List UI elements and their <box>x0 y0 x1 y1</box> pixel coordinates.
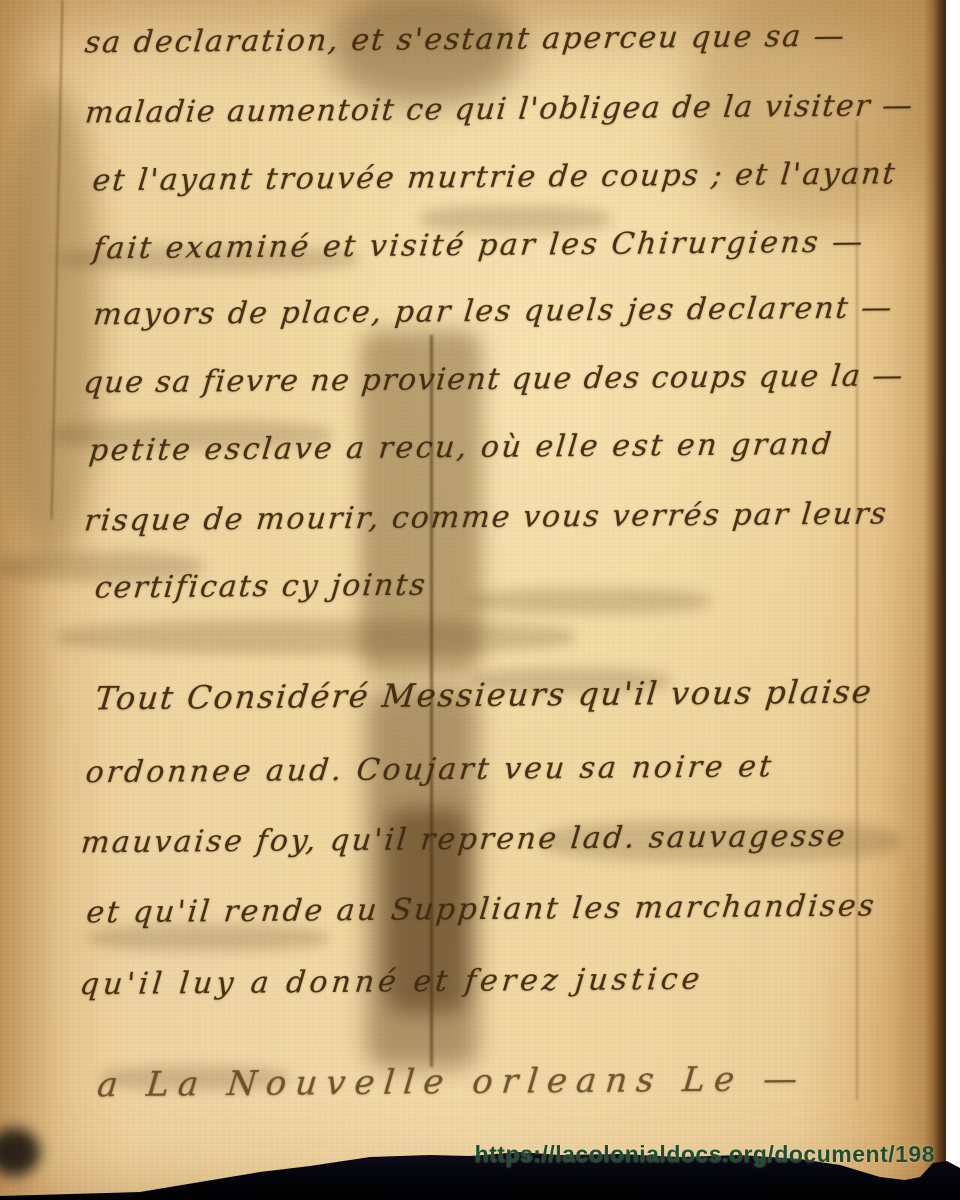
manuscript-line: certificats cy joints <box>93 568 428 606</box>
scanner-background-strip <box>946 0 960 1200</box>
manuscript-line: petite esclave a recu, où elle est en gr… <box>87 427 835 469</box>
manuscript-line: a La Nouvelle orleans Le — <box>95 1059 808 1105</box>
manuscript-line: et l'ayant trouvée murtrie de coups ; et… <box>91 156 898 198</box>
paper-right-edge <box>924 0 946 1200</box>
manuscript-line: ordonnee aud. Coujart veu sa noire et <box>84 749 776 790</box>
manuscript-line: fait examiné et visité par les Chirurgie… <box>91 225 866 267</box>
manuscript-line: que sa fievre ne provient que des coups … <box>82 358 906 400</box>
manuscript-line: Tout Considéré Messieurs qu'il vous plai… <box>94 673 875 718</box>
manuscript-line: et qu'il rende au Suppliant les marchand… <box>85 889 878 931</box>
manuscript-line: maladie aumentoit ce qui l'obligea de la… <box>84 88 916 130</box>
manuscript-line: risque de mourir, comme vous verrés par … <box>83 496 890 538</box>
watermark-url: https://lacolonialdocs.org/document/198 <box>475 1141 935 1168</box>
handwritten-text-layer: sa declaration, et s'estant aperceu que … <box>0 0 949 1200</box>
manuscript-line: mauvaise foy, qu'il reprene lad. sauvage… <box>79 819 848 861</box>
manuscript-line: sa declaration, et s'estant aperceu que … <box>83 19 847 61</box>
manuscript-line: mayors de place, par les quels jes decla… <box>92 290 895 332</box>
manuscript-line: qu'il luy a donné et ferez justice <box>78 962 705 1002</box>
